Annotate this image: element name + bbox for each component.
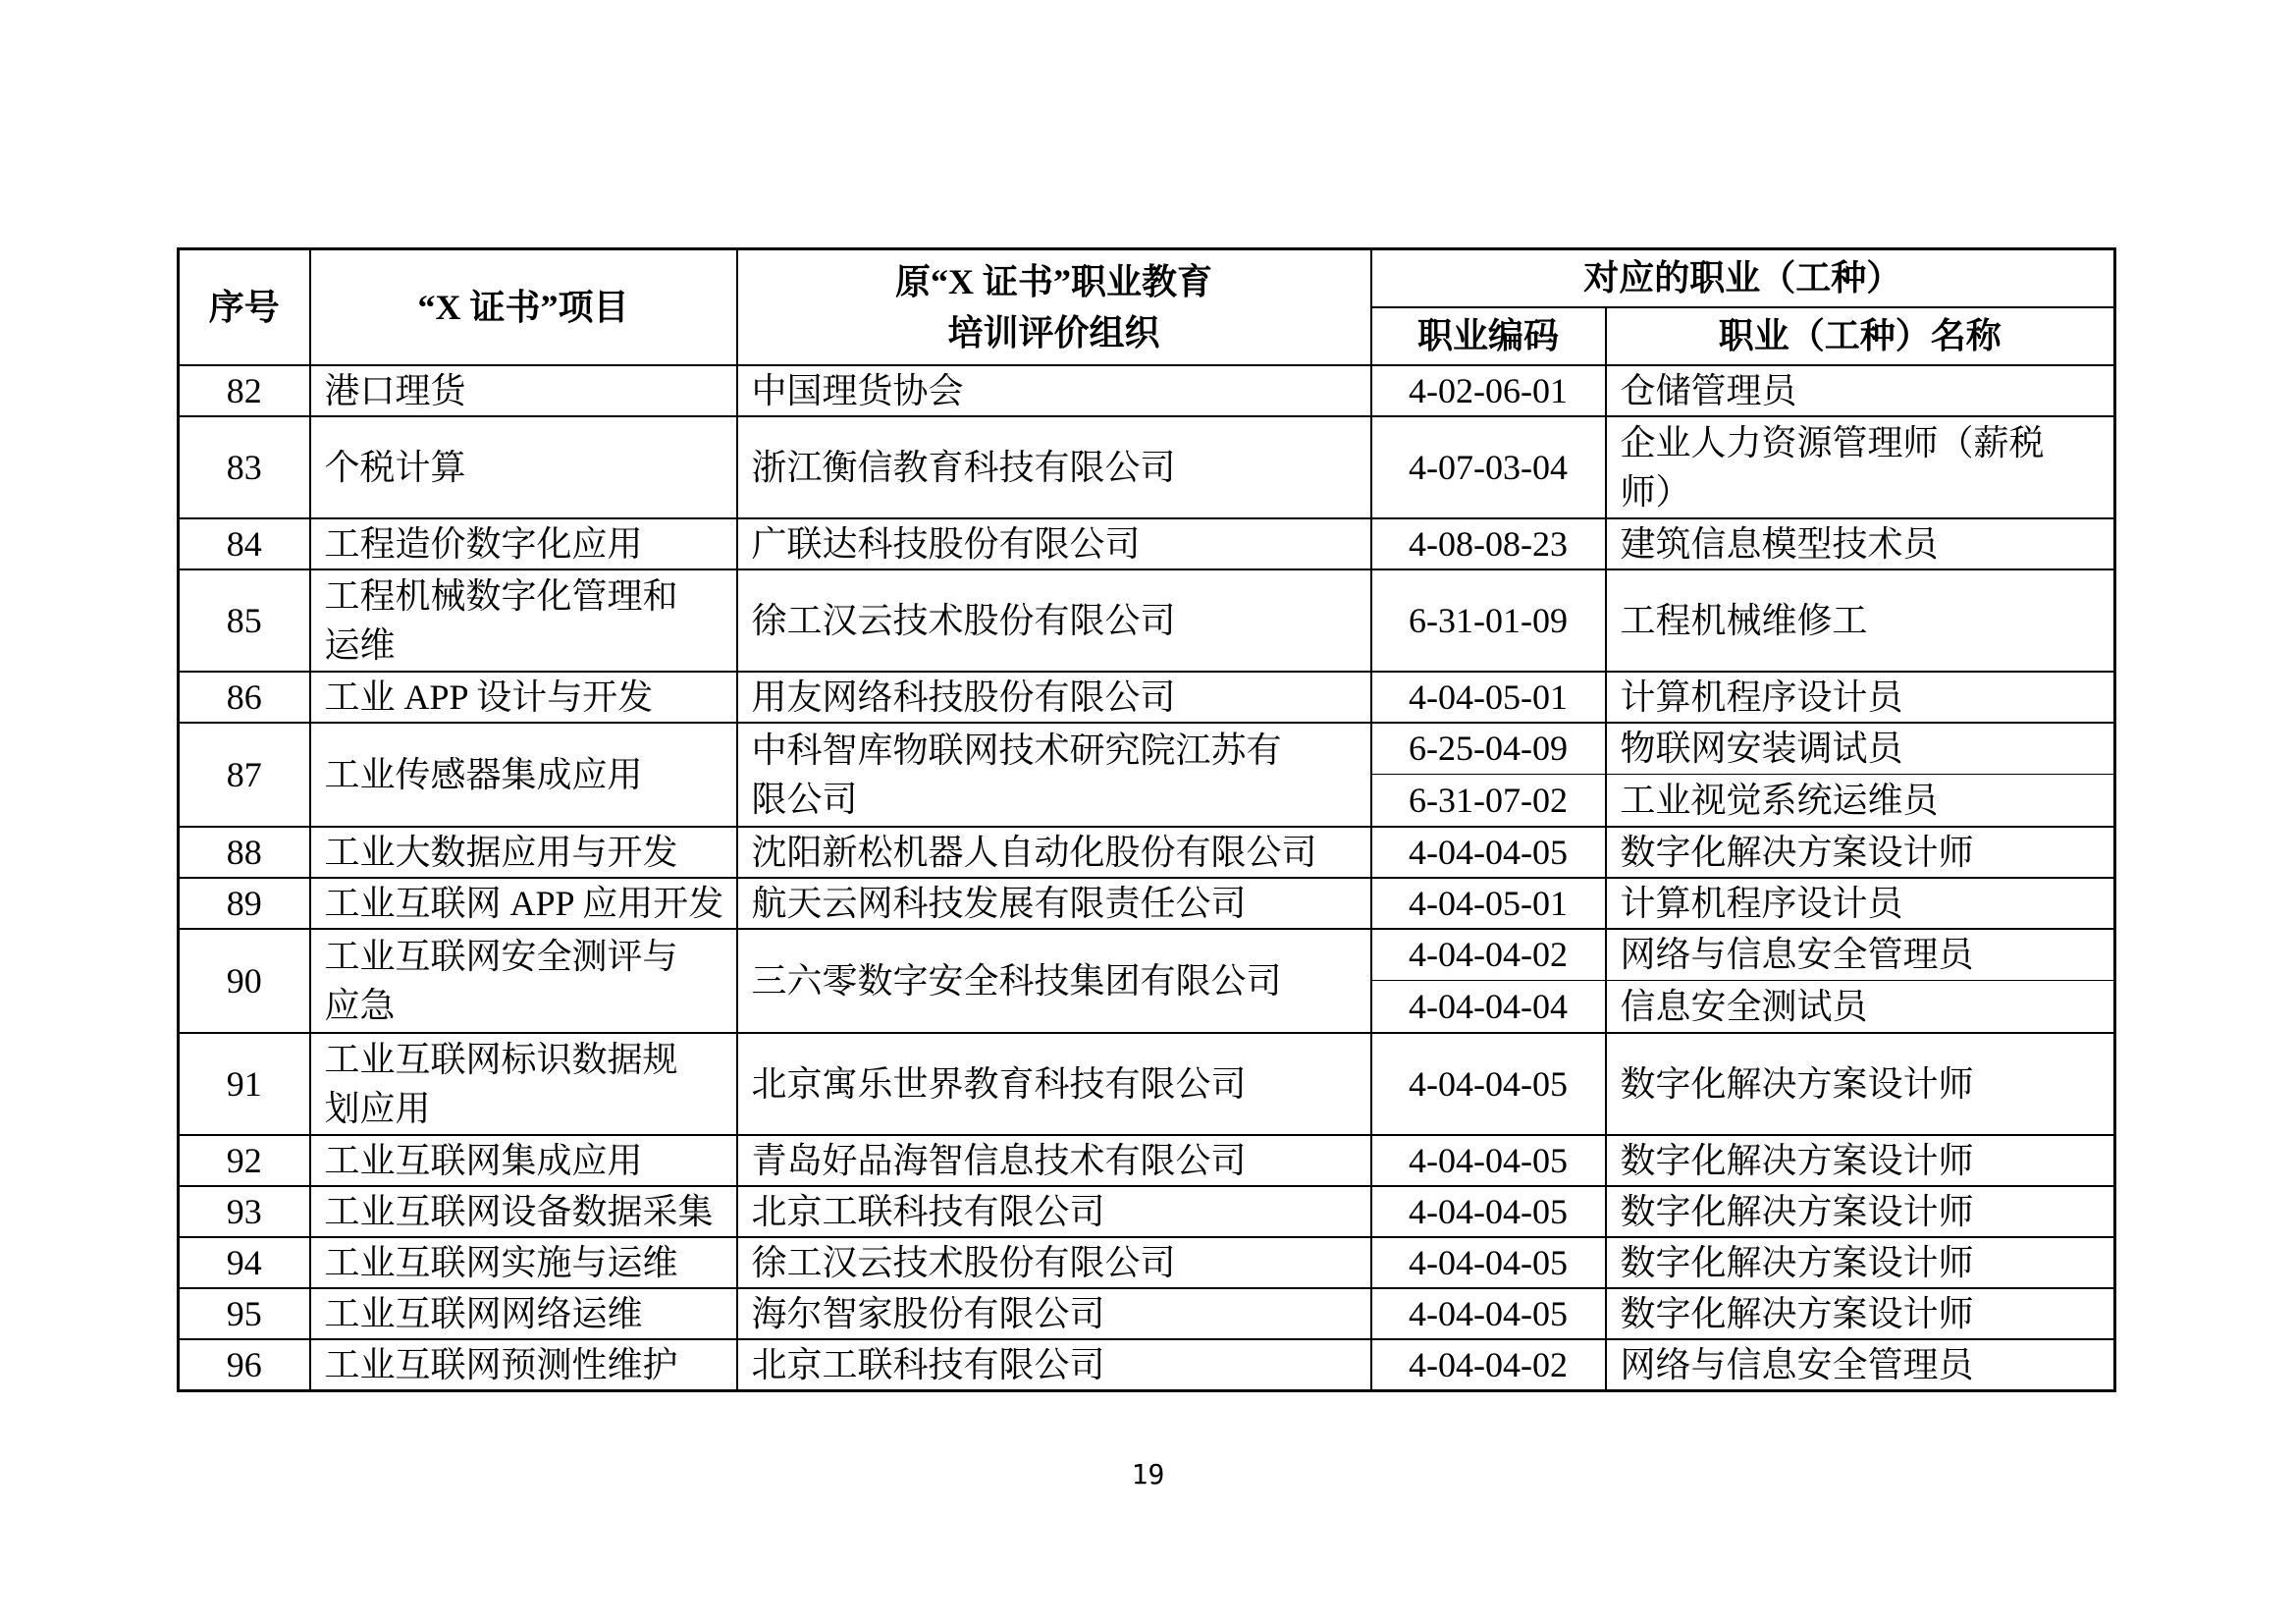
- cell-project: 工业互联网实施与运维: [310, 1237, 737, 1288]
- table-body: 82港口理货中国理货协会4-02-06-01仓储管理员83个税计算浙江衡信教育科…: [179, 365, 2115, 1391]
- cell-project: 工业互联网设备数据采集: [310, 1186, 737, 1237]
- cell-job-code: 6-31-07-02: [1371, 775, 1606, 827]
- table-row: 92工业互联网集成应用青岛好品海智信息技术有限公司4-04-04-05数字化解决…: [179, 1135, 2115, 1186]
- cell-job-name: 信息安全测试员: [1606, 981, 2115, 1033]
- cell-project: 工程机械数字化管理和 运维: [310, 569, 737, 672]
- cell-no: 89: [179, 878, 310, 929]
- cell-org: 广联达科技股份有限公司: [737, 518, 1371, 569]
- cell-org: 北京工联科技有限公司: [737, 1339, 1371, 1391]
- cell-no: 84: [179, 518, 310, 569]
- table-row: 84工程造价数字化应用广联达科技股份有限公司4-08-08-23建筑信息模型技术…: [179, 518, 2115, 569]
- cell-no: 85: [179, 569, 310, 672]
- cell-job-name: 企业人力资源管理师（薪税 师）: [1606, 416, 2115, 518]
- col-header-job-group: 对应的职业（工种）: [1371, 249, 2115, 307]
- cell-job-name: 建筑信息模型技术员: [1606, 518, 2115, 569]
- cell-org: 用友网络科技股份有限公司: [737, 672, 1371, 723]
- cell-job-name: 工业视觉系统运维员: [1606, 775, 2115, 827]
- cell-job-name: 计算机程序设计员: [1606, 672, 2115, 723]
- document-page: 序号 “X 证书”项目 原“X 证书”职业教育 培训评价组织 对应的职业（工种）…: [0, 0, 2296, 1624]
- cell-job-code: 4-04-04-05: [1371, 1288, 1606, 1339]
- cell-org: 徐工汉云技术股份有限公司: [737, 1237, 1371, 1288]
- cell-org: 徐工汉云技术股份有限公司: [737, 569, 1371, 672]
- col-header-project: “X 证书”项目: [310, 249, 737, 365]
- table-row: 83个税计算浙江衡信教育科技有限公司4-07-03-04企业人力资源管理师（薪税…: [179, 416, 2115, 518]
- cell-no: 87: [179, 723, 310, 827]
- table-row: 85工程机械数字化管理和 运维徐工汉云技术股份有限公司6-31-01-09工程机…: [179, 569, 2115, 672]
- table-row: 93工业互联网设备数据采集北京工联科技有限公司4-04-04-05数字化解决方案…: [179, 1186, 2115, 1237]
- cell-project: 工业 APP 设计与开发: [310, 672, 737, 723]
- cell-job-code: 4-04-05-01: [1371, 878, 1606, 929]
- cell-job-name: 数字化解决方案设计师: [1606, 1237, 2115, 1288]
- cell-org: 三六零数字安全科技集团有限公司: [737, 929, 1371, 1033]
- cell-project: 工业大数据应用与开发: [310, 827, 737, 878]
- col-header-job-code: 职业编码: [1371, 307, 1606, 365]
- cell-job-code: 4-04-04-02: [1371, 1339, 1606, 1391]
- cell-job-name: 数字化解决方案设计师: [1606, 1135, 2115, 1186]
- cell-org: 浙江衡信教育科技有限公司: [737, 416, 1371, 518]
- cell-job-name: 网络与信息安全管理员: [1606, 1339, 2115, 1391]
- cell-job-name: 数字化解决方案设计师: [1606, 1288, 2115, 1339]
- cell-no: 96: [179, 1339, 310, 1391]
- cell-job-name: 计算机程序设计员: [1606, 878, 2115, 929]
- col-header-org: 原“X 证书”职业教育 培训评价组织: [737, 249, 1371, 365]
- cell-project: 工业传感器集成应用: [310, 723, 737, 827]
- cell-job-code: 6-25-04-09: [1371, 723, 1606, 775]
- cell-no: 94: [179, 1237, 310, 1288]
- cell-org: 沈阳新松机器人自动化股份有限公司: [737, 827, 1371, 878]
- cell-job-name: 数字化解决方案设计师: [1606, 827, 2115, 878]
- cell-project: 个税计算: [310, 416, 737, 518]
- cell-job-name: 仓储管理员: [1606, 365, 2115, 416]
- cell-job-code: 4-07-03-04: [1371, 416, 1606, 518]
- cell-org: 北京工联科技有限公司: [737, 1186, 1371, 1237]
- cell-project: 工业互联网网络运维: [310, 1288, 737, 1339]
- table-row: 89工业互联网 APP 应用开发航天云网科技发展有限责任公司4-04-05-01…: [179, 878, 2115, 929]
- cell-job-code: 6-31-01-09: [1371, 569, 1606, 672]
- cell-project: 工业互联网标识数据规 划应用: [310, 1033, 737, 1135]
- cell-no: 82: [179, 365, 310, 416]
- cell-no: 95: [179, 1288, 310, 1339]
- cell-job-code: 4-04-04-05: [1371, 1186, 1606, 1237]
- cell-job-name: 数字化解决方案设计师: [1606, 1186, 2115, 1237]
- table-row: 88工业大数据应用与开发沈阳新松机器人自动化股份有限公司4-04-04-05数字…: [179, 827, 2115, 878]
- cell-no: 90: [179, 929, 310, 1033]
- cell-project: 工程造价数字化应用: [310, 518, 737, 569]
- cell-no: 83: [179, 416, 310, 518]
- table-row: 86工业 APP 设计与开发用友网络科技股份有限公司4-04-05-01计算机程…: [179, 672, 2115, 723]
- cell-job-name: 网络与信息安全管理员: [1606, 929, 2115, 981]
- col-header-job-name: 职业（工种）名称: [1606, 307, 2115, 365]
- cell-no: 86: [179, 672, 310, 723]
- cell-org: 中国理货协会: [737, 365, 1371, 416]
- cell-job-code: 4-04-04-02: [1371, 929, 1606, 981]
- cell-project: 港口理货: [310, 365, 737, 416]
- cell-no: 93: [179, 1186, 310, 1237]
- table-row: 82港口理货中国理货协会4-02-06-01仓储管理员: [179, 365, 2115, 416]
- cell-project: 工业互联网集成应用: [310, 1135, 737, 1186]
- cell-org: 航天云网科技发展有限责任公司: [737, 878, 1371, 929]
- cell-job-code: 4-04-04-05: [1371, 1135, 1606, 1186]
- cell-project: 工业互联网安全测评与 应急: [310, 929, 737, 1033]
- cell-job-code: 4-04-04-05: [1371, 1033, 1606, 1135]
- table-subrow: 87工业传感器集成应用中科智库物联网技术研究院江苏有 限公司6-25-04-09…: [179, 723, 2115, 775]
- col-header-no: 序号: [179, 249, 310, 365]
- table-row: 94工业互联网实施与运维徐工汉云技术股份有限公司4-04-04-05数字化解决方…: [179, 1237, 2115, 1288]
- cell-job-code: 4-04-04-04: [1371, 981, 1606, 1033]
- cell-job-code: 4-08-08-23: [1371, 518, 1606, 569]
- cell-job-code: 4-04-04-05: [1371, 1237, 1606, 1288]
- cell-no: 91: [179, 1033, 310, 1135]
- cell-org: 海尔智家股份有限公司: [737, 1288, 1371, 1339]
- cell-no: 88: [179, 827, 310, 878]
- table-row: 95工业互联网网络运维海尔智家股份有限公司4-04-04-05数字化解决方案设计…: [179, 1288, 2115, 1339]
- cell-job-code: 4-04-05-01: [1371, 672, 1606, 723]
- cell-org: 青岛好品海智信息技术有限公司: [737, 1135, 1371, 1186]
- table-row: 96工业互联网预测性维护北京工联科技有限公司4-04-04-02网络与信息安全管…: [179, 1339, 2115, 1391]
- certificate-table: 序号 “X 证书”项目 原“X 证书”职业教育 培训评价组织 对应的职业（工种）…: [177, 247, 2116, 1392]
- cell-job-code: 4-04-04-05: [1371, 827, 1606, 878]
- table-subrow: 90工业互联网安全测评与 应急三六零数字安全科技集团有限公司4-04-04-02…: [179, 929, 2115, 981]
- cell-org: 北京寓乐世界教育科技有限公司: [737, 1033, 1371, 1135]
- cell-job-name: 工程机械维修工: [1606, 569, 2115, 672]
- page-number: 19: [0, 1458, 2296, 1491]
- table-row: 91工业互联网标识数据规 划应用北京寓乐世界教育科技有限公司4-04-04-05…: [179, 1033, 2115, 1135]
- cell-org: 中科智库物联网技术研究院江苏有 限公司: [737, 723, 1371, 827]
- cell-job-name: 物联网安装调试员: [1606, 723, 2115, 775]
- header-row-1: 序号 “X 证书”项目 原“X 证书”职业教育 培训评价组织 对应的职业（工种）: [179, 249, 2115, 307]
- cell-project: 工业互联网 APP 应用开发: [310, 878, 737, 929]
- cell-job-code: 4-02-06-01: [1371, 365, 1606, 416]
- cell-job-name: 数字化解决方案设计师: [1606, 1033, 2115, 1135]
- cell-no: 92: [179, 1135, 310, 1186]
- cell-project: 工业互联网预测性维护: [310, 1339, 737, 1391]
